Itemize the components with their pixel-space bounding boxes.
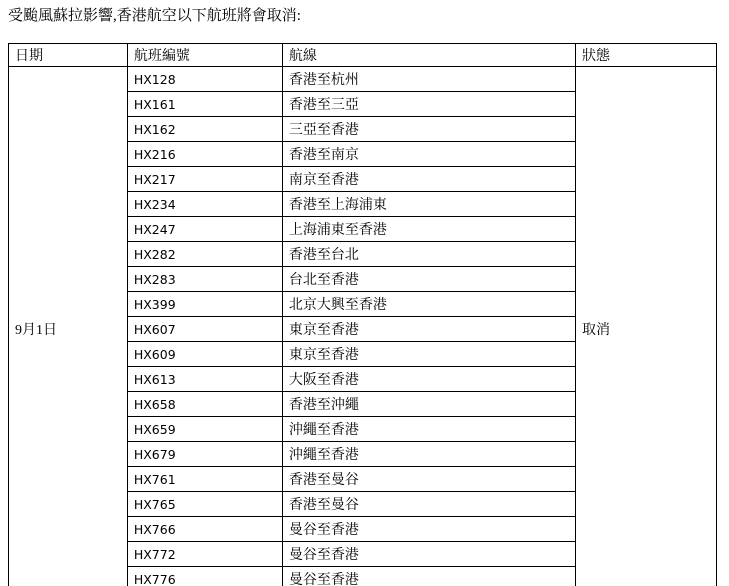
route-cell: 三亞至香港 [282,117,575,142]
route-cell: 香港至杭州 [282,67,575,92]
flight-number-cell: HX283 [127,267,282,292]
route-cell: 台北至香港 [282,267,575,292]
flight-number-cell: HX679 [127,442,282,467]
route-cell: 曼谷至香港 [282,567,575,586]
route-cell: 香港至沖繩 [282,392,575,417]
flight-number-cell: HX609 [127,342,282,367]
flight-number-cell: HX247 [127,217,282,242]
route-cell: 香港至三亞 [282,92,575,117]
flight-number-cell: HX128 [127,67,282,92]
document-page: 受颱風蘇拉影響,香港航空以下航班將會取消: 日期 航班編號 航線 狀態 9月1日… [0,0,729,586]
flight-number-cell: HX776 [127,567,282,586]
route-cell: 東京至香港 [282,317,575,342]
page-title: 受颱風蘇拉影響,香港航空以下航班將會取消: [8,6,721,26]
route-cell: 曼谷至香港 [282,517,575,542]
flight-number-cell: HX765 [127,492,282,517]
flight-number-cell: HX399 [127,292,282,317]
flight-number-cell: HX162 [127,117,282,142]
route-cell: 大阪至香港 [282,367,575,392]
route-cell: 香港至曼谷 [282,492,575,517]
flight-number-cell: HX659 [127,417,282,442]
route-cell: 東京至香港 [282,342,575,367]
flight-number-cell: HX761 [127,467,282,492]
flight-number-cell: HX772 [127,542,282,567]
table-header-row: 日期 航班編號 航線 狀態 [9,44,717,67]
route-cell: 香港至台北 [282,242,575,267]
flight-number-cell: HX234 [127,192,282,217]
flight-number-cell: HX216 [127,142,282,167]
flight-number-cell: HX282 [127,242,282,267]
flight-number-cell: HX766 [127,517,282,542]
route-cell: 香港至南京 [282,142,575,167]
flight-row: 9月1日HX128香港至杭州取消 [9,67,717,92]
flight-number-cell: HX217 [127,167,282,192]
status-cell: 取消 [575,67,716,586]
route-cell: 沖繩至香港 [282,442,575,467]
route-cell: 上海浦東至香港 [282,217,575,242]
route-cell: 沖繩至香港 [282,417,575,442]
flight-number-cell: HX161 [127,92,282,117]
table-body: 9月1日HX128香港至杭州取消HX161香港至三亞HX162三亞至香港HX21… [9,67,717,586]
flight-number-cell: HX607 [127,317,282,342]
flight-number-cell: HX658 [127,392,282,417]
date-cell: 9月1日 [9,67,128,586]
route-cell: 南京至香港 [282,167,575,192]
header-date: 日期 [9,44,128,67]
route-cell: 北京大興至香港 [282,292,575,317]
header-flight-number: 航班編號 [127,44,282,67]
route-cell: 香港至上海浦東 [282,192,575,217]
route-cell: 香港至曼谷 [282,467,575,492]
header-status: 狀態 [575,44,716,67]
route-cell: 曼谷至香港 [282,542,575,567]
flight-cancellation-table: 日期 航班編號 航線 狀態 9月1日HX128香港至杭州取消HX161香港至三亞… [8,43,717,586]
flight-number-cell: HX613 [127,367,282,392]
header-route: 航線 [282,44,575,67]
